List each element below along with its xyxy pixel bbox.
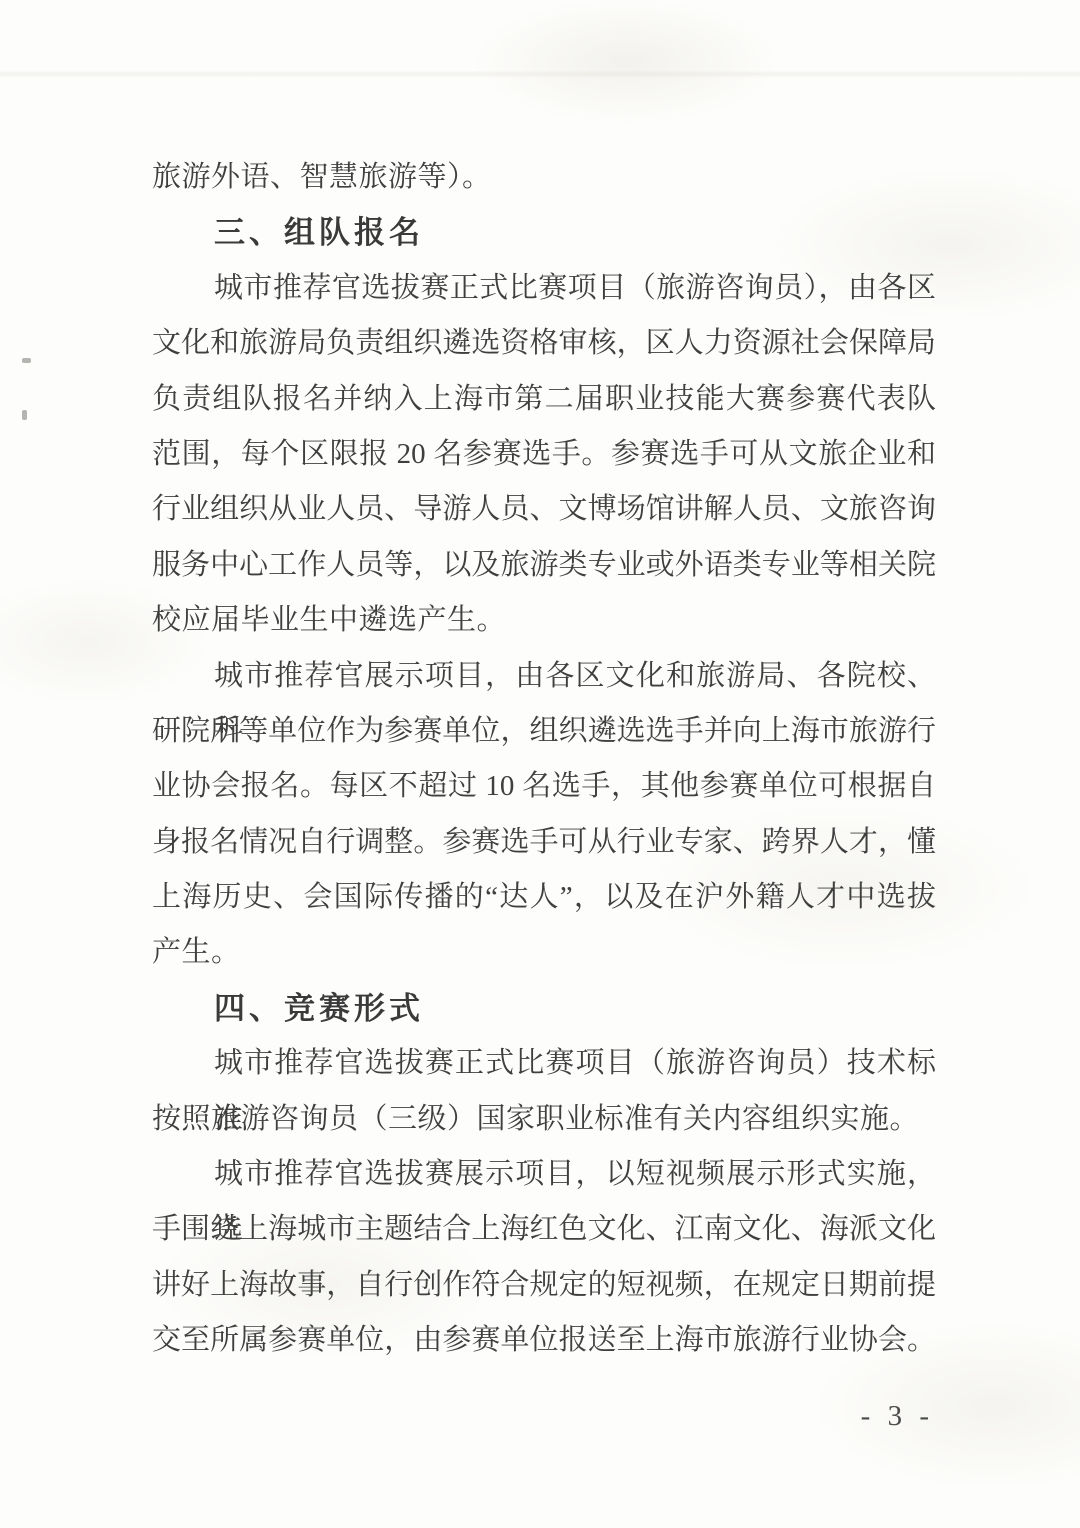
body-line: 上海历史、会国际传播的“达人”，以及在沪外籍人才中选拔 <box>152 870 936 925</box>
body-line: 城市推荐官选拔赛正式比赛项目（旅游咨询员）技术标准 <box>152 1036 936 1091</box>
body-line: 按照旅游咨询员（三级）国家职业标准有关内容组织实施。 <box>152 1092 936 1147</box>
scan-artifact-dot <box>22 410 27 420</box>
body-line: 业协会报名。每区不超过 10 名选手，其他参赛单位可根据自 <box>152 759 936 814</box>
scan-artifact-dot <box>22 358 31 363</box>
body-line: 文化和旅游局负责组织遴选资格审核，区人力资源社会保障局 <box>152 316 936 371</box>
body-line: 手围绕上海城市主题结合上海红色文化、江南文化、海派文化 <box>152 1202 936 1257</box>
section-heading-team-registration: 三、组队报名 <box>152 205 936 260</box>
body-line: 校应届毕业生中遴选产生。 <box>152 593 936 648</box>
body-line: 城市推荐官选拔赛正式比赛项目（旅游咨询员），由各区 <box>152 261 936 316</box>
body-line: 行业组织从业人员、导游人员、文博场馆讲解人员、文旅咨询 <box>152 482 936 537</box>
body-line: 城市推荐官选拔赛展示项目，以短视频展示形式实施，选 <box>152 1147 936 1202</box>
body-line: 城市推荐官展示项目，由各区文化和旅游局、各院校、科 <box>152 649 936 704</box>
body-line: 负责组队报名并纳入上海市第二届职业技能大赛参赛代表队 <box>152 372 936 427</box>
body-line: 旅游外语、智慧旅游等）。 <box>152 150 936 205</box>
body-line: 服务中心工作人员等，以及旅游类专业或外语类专业等相关院 <box>152 538 936 593</box>
body-line: 范围，每个区限报 20 名参赛选手。参赛选手可从文旅企业和 <box>152 427 936 482</box>
body-line: 研院所等单位作为参赛单位，组织遴选选手并向上海市旅游行 <box>152 704 936 759</box>
body-line: 身报名情况自行调整。参赛选手可从行业专家、跨界人才，懂 <box>152 815 936 870</box>
body-line: 交至所属参赛单位，由参赛单位报送至上海市旅游行业协会。 <box>152 1313 936 1368</box>
section-heading-competition-format: 四、竞赛形式 <box>152 981 936 1036</box>
body-line: 产生。 <box>152 925 936 980</box>
page-number: - 3 - <box>861 1396 934 1436</box>
document-page-body: 旅游外语、智慧旅游等）。 三、组队报名 城市推荐官选拔赛正式比赛项目（旅游咨询员… <box>152 150 936 1369</box>
body-line: 讲好上海故事，自行创作符合规定的短视频，在规定日期前提 <box>152 1258 936 1313</box>
